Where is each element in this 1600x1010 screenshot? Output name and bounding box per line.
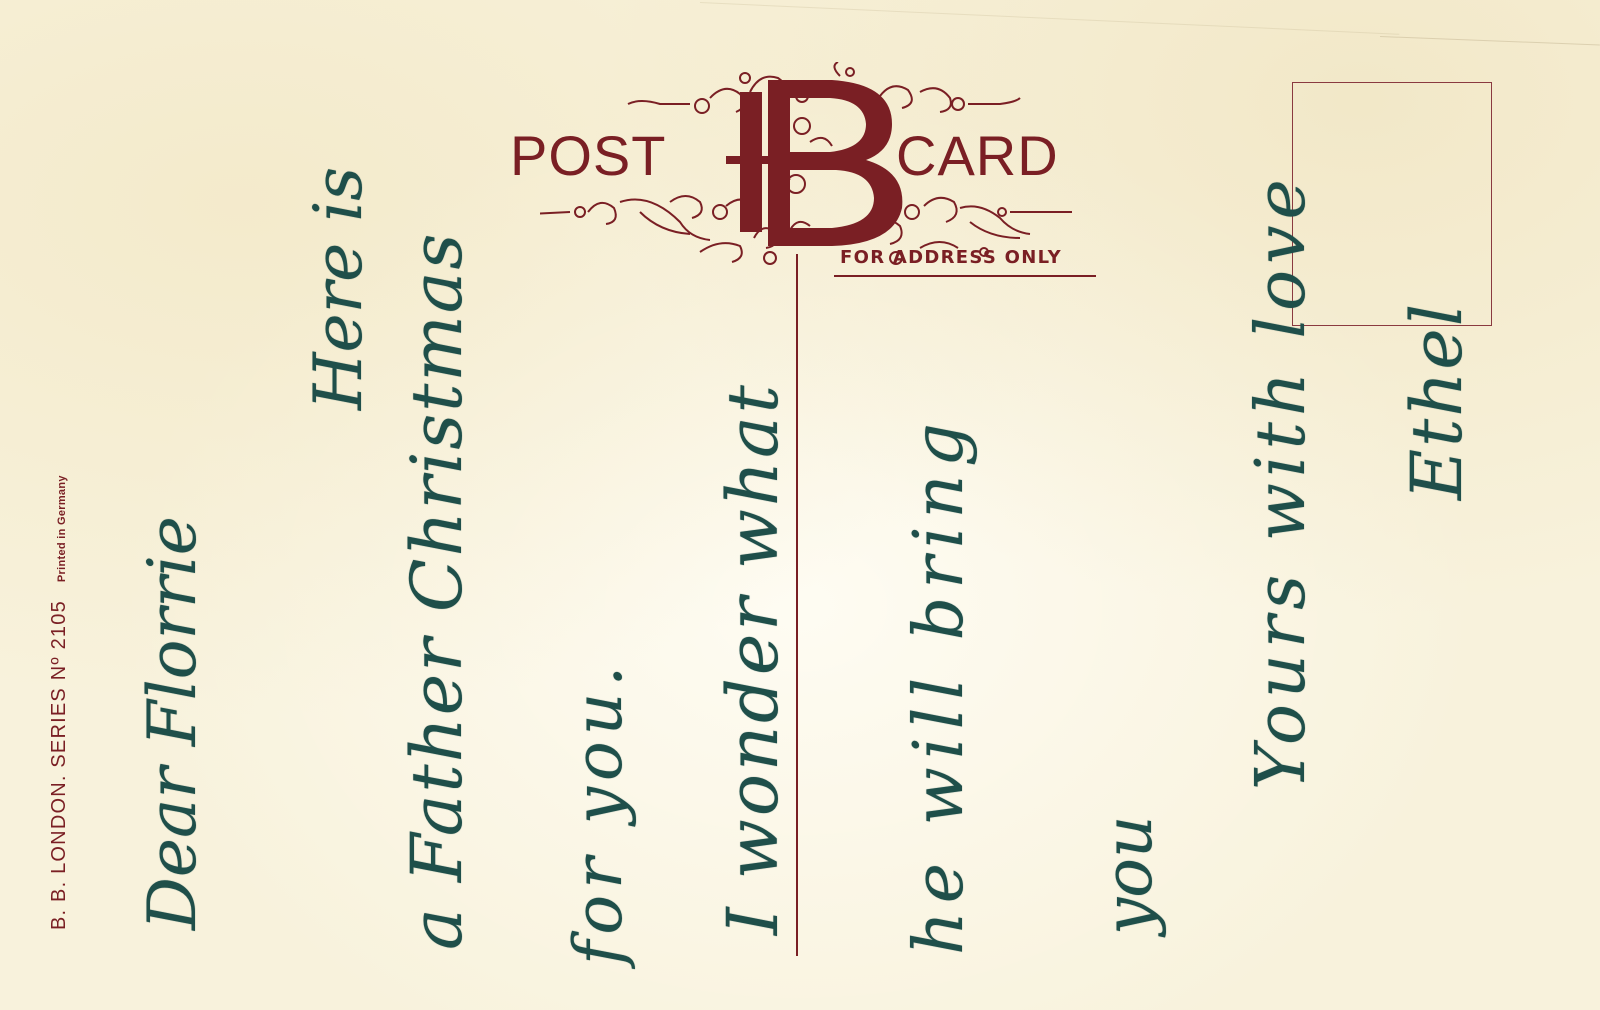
- message-line: Here is: [306, 167, 372, 410]
- signature: Ethel: [1402, 302, 1472, 500]
- crease-line: [1380, 36, 1600, 45]
- postcard-heading-card: CARD: [896, 128, 1059, 184]
- message-line: Dear Florrie: [140, 516, 206, 930]
- postcard-heading-post: POST: [510, 128, 666, 184]
- printed-in-label: Printed in Germany: [56, 475, 68, 582]
- address-underline: [834, 275, 1096, 277]
- postcard-back: POST CARD FOR ADDRESS ONLY B. B. LONDON.…: [0, 0, 1600, 1010]
- message-line: I wonder what: [718, 382, 788, 935]
- message-line: he will bring: [906, 415, 974, 955]
- series-number: B. B. LONDON. SERIES Nº 2105: [48, 600, 70, 930]
- message-line: a Father Christmas: [402, 232, 472, 950]
- message-line: you: [1096, 815, 1162, 935]
- address-only-label: FOR ADDRESS ONLY: [840, 247, 1062, 268]
- message-line: for you.: [566, 660, 632, 965]
- stamp-box: [1292, 82, 1492, 326]
- publisher-imprint: B. B. LONDON. SERIES Nº 2105Printed in G…: [48, 475, 71, 930]
- crease-line: [700, 2, 1399, 35]
- message-line: Yours with love: [1248, 173, 1316, 790]
- center-divider: [796, 254, 798, 956]
